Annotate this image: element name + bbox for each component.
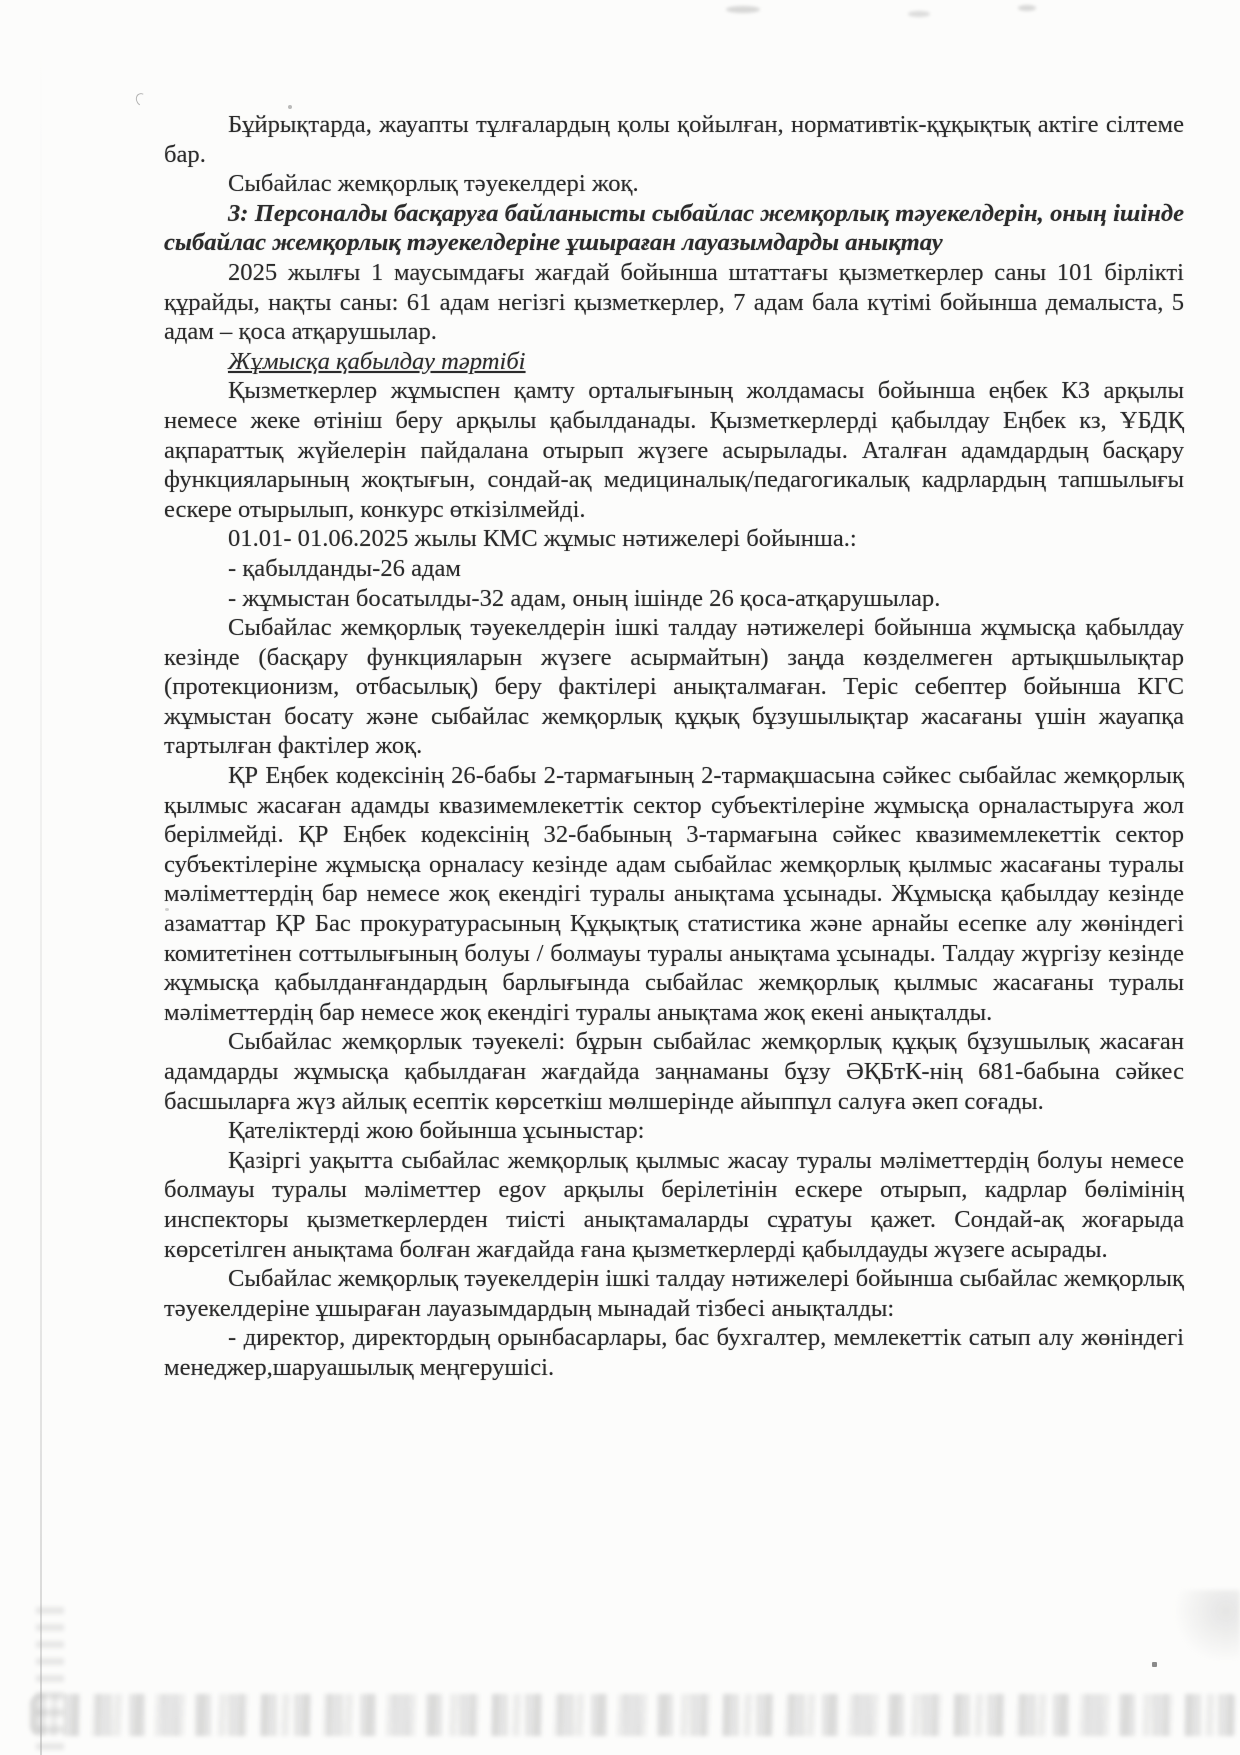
paragraph-exposed-positions-intro: Сыбайлас жемқорлық тәуекелдерін ішкі тал…: [164, 1264, 1184, 1323]
section-heading-3-personnel-management: 3: Персоналды басқаруға байланысты сыбай…: [164, 199, 1184, 258]
scan-artifact-corner-shade: [1170, 1590, 1240, 1660]
paragraph-kms-results-period: 01.01- 01.06.2025 жылы КМС жұмыс нәтижел…: [164, 524, 1184, 554]
scan-artifact-smudge: [908, 11, 930, 17]
subheading-recommendations: Қателіктерді жою бойынша ұсыныстар:: [164, 1116, 1184, 1146]
scan-artifact-smudge: [726, 6, 760, 13]
scan-artifact-speck: [134, 92, 149, 108]
scan-artifact-left-edge-line: [40, 30, 42, 1755]
scan-artifact-speck: [288, 105, 292, 109]
paragraph-staff-count: 2025 жылғы 1 маусымдағы жағдай бойынша ш…: [164, 258, 1184, 347]
list-item-positions: - директор, директордың орынбасарлары, б…: [164, 1323, 1184, 1382]
paragraph-hiring-process: Қызметкерлер жұмыспен қамту орталығының …: [164, 376, 1184, 524]
scan-artifact-smudge: [1018, 5, 1036, 11]
paragraph-labor-code: ҚР Еңбек кодексінің 26-бабы 2-тармағының…: [164, 761, 1184, 1027]
paragraph-egov-recommendation: Қазіргі уақытта сыбайлас жемқорлық қылмы…: [164, 1146, 1184, 1264]
paragraph-orders-reference: Бұйрықтарда, жауапты тұлғалардың қолы қо…: [164, 110, 1184, 169]
scanned-document-page: Бұйрықтарда, жауапты тұлғалардың қолы қо…: [0, 0, 1240, 1755]
subheading-hiring-procedure: Жұмысқа қабылдау тәртібі: [164, 347, 1184, 377]
scan-artifact-bottom-left-strip: [36, 1600, 64, 1750]
list-item-hired: - қабылданды-26 адам: [164, 554, 1184, 584]
paragraph-corruption-risk-fine: Сыбайлас жемқорлык тәуекелі: бұрын сыбай…: [164, 1027, 1184, 1116]
document-text-block: Бұйрықтарда, жауапты тұлғалардың қолы қо…: [164, 110, 1184, 1383]
paragraph-no-corruption-risks: Сыбайлас жемқорлық тәуекелдері жоқ.: [164, 169, 1184, 199]
paragraph-internal-analysis: Сыбайлас жемқорлық тәуекелдерін ішкі тал…: [164, 613, 1184, 761]
scan-artifact-bottom-noise-band: [30, 1694, 1240, 1736]
scan-artifact-speck: [1152, 1662, 1157, 1667]
list-item-dismissed: - жұмыстан босатылды-32 адам, оның ішінд…: [164, 584, 1184, 614]
